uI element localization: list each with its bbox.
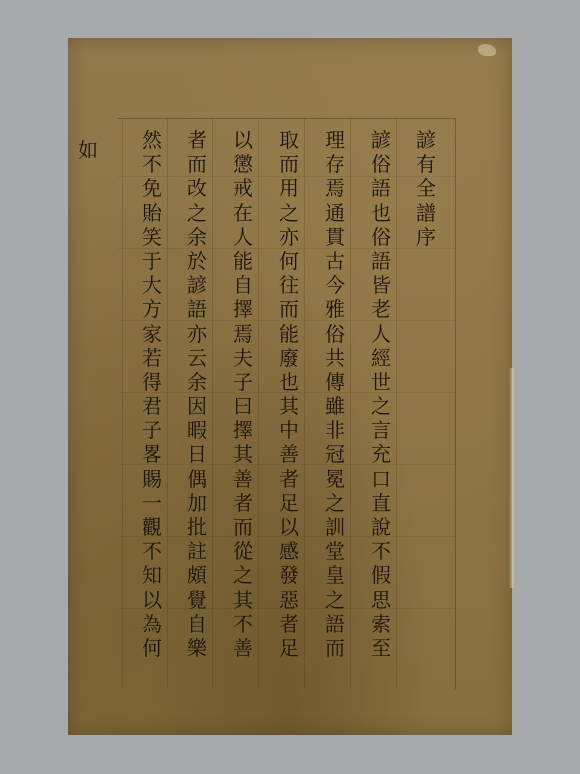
- glyph: 語: [187, 297, 207, 321]
- glyph: 足: [279, 636, 299, 660]
- glyph: 語: [371, 176, 391, 200]
- glyph: 云: [187, 346, 207, 370]
- glyph: 能: [233, 249, 253, 273]
- glyph: 古: [325, 249, 345, 273]
- column-rule: [258, 118, 259, 688]
- glyph: 俗: [371, 225, 391, 249]
- glyph: 也: [279, 370, 299, 394]
- glyph: 自: [233, 273, 253, 297]
- glyph: 之: [371, 394, 391, 418]
- glyph: 善: [233, 636, 253, 660]
- glyph: 而: [279, 297, 299, 321]
- glyph: 直: [371, 491, 391, 515]
- glyph: 能: [279, 322, 299, 346]
- glyph: 口: [371, 467, 391, 491]
- glyph: 人: [371, 322, 391, 346]
- glyph: 者: [279, 612, 299, 636]
- glyph: 樂: [187, 636, 207, 660]
- glyph: 者: [233, 491, 253, 515]
- glyph: 然: [142, 128, 162, 152]
- glyph: 以: [142, 588, 162, 612]
- glyph: 存: [325, 152, 345, 176]
- glyph: 譜: [416, 201, 436, 225]
- glyph: 其: [233, 442, 253, 466]
- glyph: 諺: [187, 273, 207, 297]
- glyph: 曰: [233, 394, 253, 418]
- glyph: 感: [279, 539, 299, 563]
- glyph: 自: [187, 612, 207, 636]
- glyph: 不: [142, 539, 162, 563]
- glyph: 用: [279, 176, 299, 200]
- glyph: 皆: [371, 273, 391, 297]
- glyph: 索: [371, 612, 391, 636]
- glyph: 子: [142, 418, 162, 442]
- glyph: 經: [371, 346, 391, 370]
- glyph: 俗: [371, 152, 391, 176]
- glyph: 家: [142, 322, 162, 346]
- glyph: 懲: [233, 152, 253, 176]
- glyph: 冠: [325, 442, 345, 466]
- glyph: 也: [371, 201, 391, 225]
- glyph: 偶: [187, 467, 207, 491]
- glyph: 理: [325, 128, 345, 152]
- glyph: 不: [233, 612, 253, 636]
- glyph: 假: [371, 563, 391, 587]
- glyph: 擇: [233, 418, 253, 442]
- glyph: 善: [233, 467, 253, 491]
- glyph: 之: [325, 588, 345, 612]
- glyph: 畧: [142, 442, 162, 466]
- document-title: 諺有全譜序: [411, 128, 441, 249]
- glyph: 若: [142, 346, 162, 370]
- text-column-1: 諺俗語也俗語皆老人經世之言充口直說不假思索至: [366, 128, 396, 660]
- glyph: 貫: [325, 225, 345, 249]
- glyph: 不: [371, 539, 391, 563]
- glyph: 廢: [279, 346, 299, 370]
- glyph: 共: [325, 346, 345, 370]
- glyph: 夫: [233, 346, 253, 370]
- glyph: 之: [279, 201, 299, 225]
- column-rule: [167, 118, 168, 688]
- glyph: 人: [233, 225, 253, 249]
- glyph: 得: [142, 370, 162, 394]
- glyph: 于: [142, 249, 162, 273]
- glyph: 通: [325, 201, 345, 225]
- glyph: 老: [371, 297, 391, 321]
- page-tear: [509, 368, 515, 588]
- glyph: 取: [279, 128, 299, 152]
- glyph: 加: [187, 491, 207, 515]
- column-rule: [304, 118, 305, 688]
- glyph: 知: [142, 563, 162, 587]
- glyph: 雅: [325, 297, 345, 321]
- glyph: 充: [371, 442, 391, 466]
- glyph: 今: [325, 273, 345, 297]
- glyph: 諺: [416, 128, 436, 152]
- glyph: 之: [325, 491, 345, 515]
- glyph: 冕: [325, 467, 345, 491]
- glyph: 惡: [279, 588, 299, 612]
- glyph: 全: [416, 176, 436, 200]
- glyph: 足: [279, 491, 299, 515]
- glyph: 語: [325, 612, 345, 636]
- glyph: 余: [187, 370, 207, 394]
- glyph: 暇: [187, 418, 207, 442]
- glyph: 擇: [233, 297, 253, 321]
- glyph: 之: [233, 563, 253, 587]
- text-column-6: 然不免貽笑于大方家若得君子畧賜一觀不知以為何: [137, 128, 167, 660]
- glyph: 之: [187, 201, 207, 225]
- glyph: 善: [279, 442, 299, 466]
- glyph: 而: [233, 515, 253, 539]
- glyph: 頗: [187, 563, 207, 587]
- glyph: 諺: [371, 128, 391, 152]
- glyph: 註: [187, 539, 207, 563]
- glyph: 亦: [187, 322, 207, 346]
- glyph: 以: [233, 128, 253, 152]
- glyph: 一: [142, 491, 162, 515]
- glyph: 堂: [325, 539, 345, 563]
- glyph: 批: [187, 515, 207, 539]
- glyph: 以: [279, 515, 299, 539]
- paper-stain: [478, 44, 496, 56]
- glyph: 子: [233, 370, 253, 394]
- glyph: 至: [371, 636, 391, 660]
- glyph: 余: [187, 225, 207, 249]
- glyph: 免: [142, 176, 162, 200]
- glyph: 於: [187, 249, 207, 273]
- glyph: 亦: [279, 225, 299, 249]
- glyph: 笑: [142, 225, 162, 249]
- glyph: 改: [187, 176, 207, 200]
- glyph: 皇: [325, 563, 345, 587]
- glyph: 君: [142, 394, 162, 418]
- glyph: 覺: [187, 588, 207, 612]
- glyph: 焉: [325, 176, 345, 200]
- glyph: 賜: [142, 467, 162, 491]
- glyph: 何: [279, 249, 299, 273]
- glyph: 雖: [325, 394, 345, 418]
- glyph: 從: [233, 539, 253, 563]
- text-column-4: 以懲戒在人能自擇焉夫子曰擇其善者而從之其不善: [228, 128, 258, 660]
- glyph: 訓: [325, 515, 345, 539]
- glyph: 者: [279, 467, 299, 491]
- glyph: 俗: [325, 322, 345, 346]
- column-rule: [212, 118, 213, 688]
- column-rule: [122, 118, 123, 688]
- glyph: 而: [187, 152, 207, 176]
- glyph: 發: [279, 563, 299, 587]
- glyph: 何: [142, 636, 162, 660]
- glyph: 日: [187, 442, 207, 466]
- glyph: 為: [142, 612, 162, 636]
- glyph: 焉: [233, 322, 253, 346]
- glyph: 思: [371, 588, 391, 612]
- glyph: 而: [279, 152, 299, 176]
- glyph: 往: [279, 273, 299, 297]
- glyph: 不: [142, 152, 162, 176]
- glyph: 非: [325, 418, 345, 442]
- glyph: 觀: [142, 515, 162, 539]
- glyph: 說: [371, 515, 391, 539]
- glyph: 有: [416, 152, 436, 176]
- glyph: 其: [233, 588, 253, 612]
- text-column-5: 者而改之余於諺語亦云余因暇日偶加批註頗覺自樂: [182, 128, 212, 660]
- glyph: 貽: [142, 201, 162, 225]
- glyph: 者: [187, 128, 207, 152]
- glyph: 其: [279, 394, 299, 418]
- glyph: 中: [279, 418, 299, 442]
- glyph: 序: [416, 225, 436, 249]
- glyph: 戒: [233, 176, 253, 200]
- glyph: 而: [325, 636, 345, 660]
- glyph: 語: [371, 249, 391, 273]
- glyph: 因: [187, 394, 207, 418]
- glyph: 傳: [325, 370, 345, 394]
- column-rule: [350, 118, 351, 688]
- glyph: 言: [371, 418, 391, 442]
- text-column-3: 取而用之亦何往而能廢也其中善者足以感發惡者足: [274, 128, 304, 660]
- glyph: 大: [142, 273, 162, 297]
- column-rule: [396, 118, 397, 688]
- margin-text: 如: [78, 138, 98, 162]
- glyph: 世: [371, 370, 391, 394]
- glyph: 在: [233, 201, 253, 225]
- text-column-2: 理存焉通貫古今雅俗共傳雖非冠冕之訓堂皇之語而: [320, 128, 350, 660]
- glyph: 方: [142, 297, 162, 321]
